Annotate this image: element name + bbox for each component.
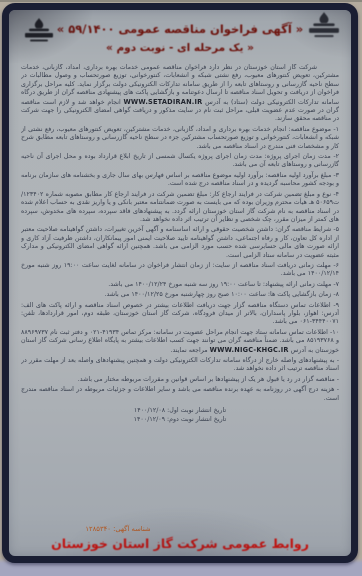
intro-paragraph: شرکت گاز استان خوزستان در نظر دارد فراخو…	[21, 64, 339, 124]
publish-dates: تاریخ انتشار نوبت اول: ۱۴۰۰/۱۲/۰۸ تاریخ …	[21, 407, 339, 425]
note-1: - به پیشنهادهای واصله خارج از درگاه ساما…	[21, 357, 339, 374]
public-relations-signature: روابط عمومی شرکت گاز استان خوزستان	[9, 536, 351, 551]
clause-6: ۶- مهلت زمانی دریافت اسناد مناقصه از سای…	[21, 262, 339, 279]
publish-date-second: تاریخ انتشار نوبت دوم: ۱۴۰۰/۱۲/۰۹	[21, 416, 339, 424]
scanned-tender-ad-page: « آگهی فراخوان مناقصه عمومی ۵۹/۱۴۰۰ » « …	[0, 0, 362, 576]
clause-9: ۹- اطلاعات تماس دستگاه مناقصه گزار جهت د…	[21, 302, 339, 327]
company-site-url-text: WWW.NIGC-KHGC.IR	[210, 346, 289, 354]
clause-2: ۲- مدت زمان اجرای پروژه: مدت زمان اجرای …	[21, 153, 339, 170]
clause-4: ۴- نوع و مبلغ تضمین شرکت در فرایند ارجاع…	[21, 191, 339, 225]
clause-3: ۳- مبلغ برآورد اولیه مناقصه: برآورد اولی…	[21, 172, 339, 189]
ad-id-line: شناسه آگهی: ۱۲۸۵۳۴۰	[2, 525, 289, 533]
clause-10: ۱۰- اطلاعات تماس سامانه ستاد جهت انجام م…	[21, 329, 339, 355]
note-3: - هزینه درج آگهی در روزنامه به عهده برند…	[21, 386, 339, 403]
contact-text-after: مراجعه نمایند.	[170, 347, 209, 354]
clause-7: ۷- مهلت زمانی ارائه پیشنهاد: تا ساعت ۱۹:…	[21, 281, 339, 289]
ad-header: « آگهی فراخوان مناقصه عمومی ۵۹/۱۴۰۰ » « …	[9, 10, 351, 54]
setadiran-url-text: WWW.SETADIRAN.IR	[123, 98, 202, 106]
ad-body-text: شرکت گاز استان خوزستان در نظر دارد فراخو…	[21, 64, 339, 426]
ad-title-line2: « یک مرحله ای - نوبت دوم »	[9, 42, 351, 54]
clause-1: ۱- موضوع مناقصه: انجام خدمات بهره برداری…	[21, 126, 339, 151]
ad-frame: « آگهی فراخوان مناقصه عمومی ۵۹/۱۴۰۰ » « …	[2, 3, 358, 563]
ad-title-line1: « آگهی فراخوان مناقصه عمومی ۵۹/۱۴۰۰ »	[43, 22, 317, 36]
note-2: - مناقصه گزار در رد یا قبول هر یک از پیش…	[21, 376, 339, 384]
clause-5: ۵- شرایط مناقصه گران: داشتن شخصیت حقوقی …	[21, 226, 339, 260]
publish-date-first: تاریخ انتشار نوبت اول: ۱۴۰۰/۱۲/۰۸	[21, 407, 339, 415]
clause-8: ۸- زمان بازگشایی پاکت ها: ساعت ۱۰:۰۰ صبح…	[21, 291, 339, 299]
ad-footer: شناسه آگهی: ۱۲۸۵۳۴۰ روابط عمومی شرکت گاز…	[9, 525, 351, 551]
